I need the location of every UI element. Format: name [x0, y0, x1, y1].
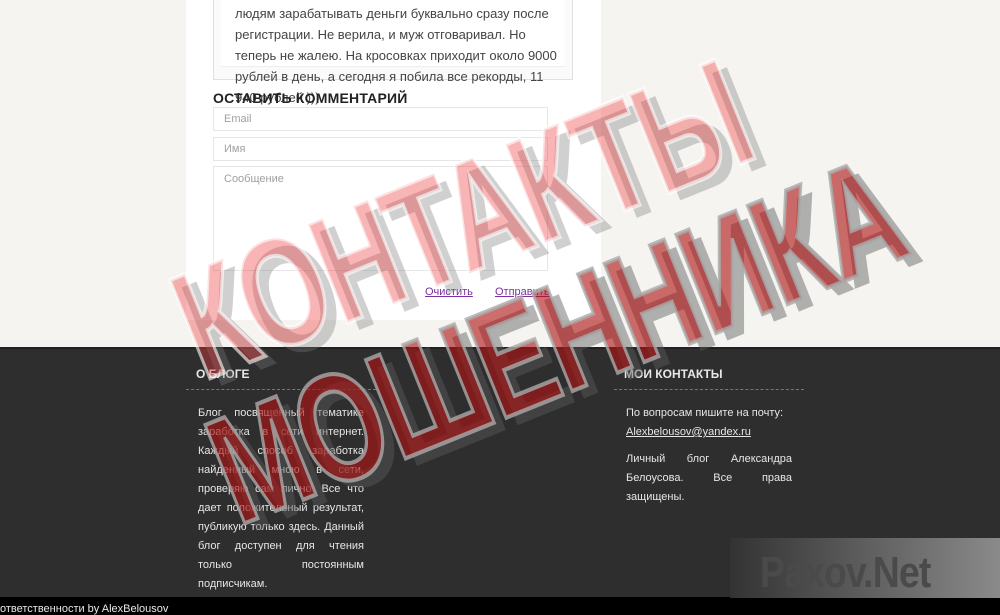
clear-button[interactable]: Очистить [425, 286, 473, 298]
name-field[interactable] [213, 137, 548, 161]
contacts-intro: По вопросам пишите на почту: [626, 407, 783, 419]
bottom-credit-text: ответственности by AlexBelousov [0, 603, 168, 615]
comment-form-title: ОСТАВИТЬ КОММЕНТАРИЙ [213, 90, 408, 106]
comment-body: людям зарабатывать деньги буквально сраз… [221, 0, 565, 67]
message-field[interactable] [213, 166, 548, 271]
footer-about-heading: О БЛОГЕ [186, 367, 376, 390]
footer-about-text: Блог посвященный тематике заработка в се… [186, 390, 376, 594]
send-button[interactable]: Отправить [495, 286, 550, 298]
contacts-paragraph: По вопросам пишите на почту:Alexbelousov… [626, 404, 792, 442]
site-watermark-text: Paxov.Net [760, 548, 930, 598]
email-field[interactable] [213, 107, 548, 131]
footer-about: О БЛОГЕ Блог посвященный тематике зарабо… [186, 349, 376, 602]
footer-contacts-text: По вопросам пишите на почту:Alexbelousov… [614, 390, 804, 507]
footer-contacts-heading: МОИ КОНТАКТЫ [614, 367, 804, 390]
copyright-text: Личный блог Александра Белоусова. Все пр… [626, 450, 792, 507]
contact-email-link[interactable]: Alexbelousov@yandex.ru [626, 426, 751, 438]
footer-contacts: МОИ КОНТАКТЫ По вопросам пишите на почту… [614, 349, 804, 515]
comment-card: людям зарабатывать деньги буквально сраз… [213, 0, 573, 80]
about-paragraph: Блог посвященный тематике заработка в се… [198, 404, 364, 594]
